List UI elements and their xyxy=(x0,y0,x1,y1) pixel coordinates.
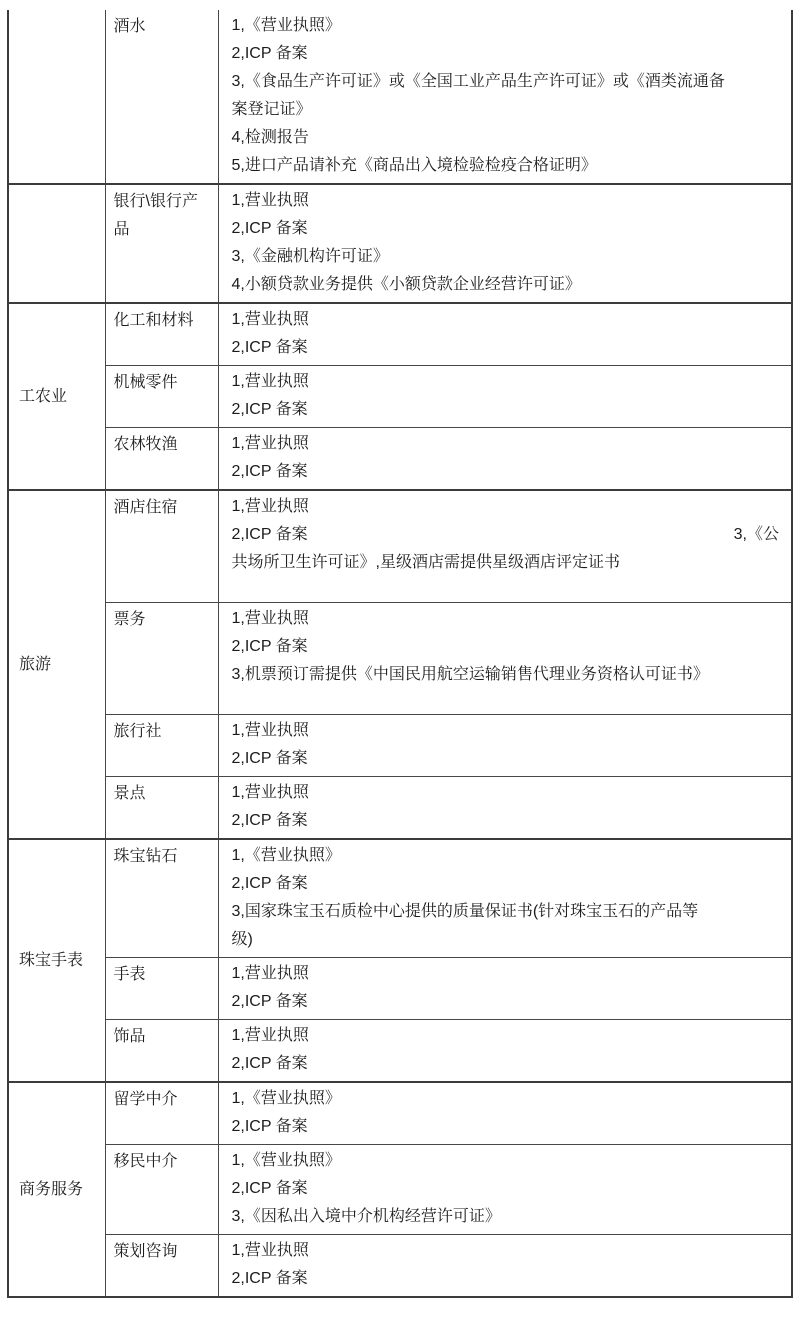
table-row: 旅游酒店住宿1,营业执照2,ICP 备案3,《公共场所卫生许可证》,星级酒店需提… xyxy=(8,490,792,603)
requirement-line: 级) xyxy=(232,926,780,954)
requirements-cell: 1,营业执照2,ICP 备案 xyxy=(218,366,792,428)
requirement-line: 3,机票预订需提供《中国民用航空运输销售代理业务资格认可证书》 xyxy=(232,661,780,689)
requirement-line: 1,营业执照 xyxy=(232,306,780,334)
requirement-line: 1,营业执照 xyxy=(232,430,780,458)
requirement-line: 3,《因私出入境中介机构经营许可证》 xyxy=(232,1203,780,1231)
table-row: 景点1,营业执照2,ICP 备案 xyxy=(8,777,792,840)
requirement-line: 3,国家珠宝玉石质检中心提供的质量保证书(针对珠宝玉石的产品等 xyxy=(232,898,780,926)
table-row: 移民中介1,《营业执照》2,ICP 备案3,《因私出入境中介机构经营许可证》 xyxy=(8,1145,792,1235)
requirements-cell: 1,营业执照2,ICP 备案 xyxy=(218,958,792,1020)
requirement-line: 4,小额贷款业务提供《小额贷款企业经营许可证》 xyxy=(232,271,780,299)
requirements-cell: 1,营业执照2,ICP 备案 xyxy=(218,1020,792,1083)
requirement-line: 1,营业执照 xyxy=(232,187,780,215)
requirements-cell: 1,营业执照2,ICP 备案 xyxy=(218,428,792,491)
category-cell xyxy=(8,184,105,303)
table-row: 商务服务留学中介1,《营业执照》2,ICP 备案 xyxy=(8,1082,792,1145)
table-row: 票务1,营业执照2,ICP 备案3,机票预订需提供《中国民用航空运输销售代理业务… xyxy=(8,603,792,715)
requirement-line: 2,ICP 备案 xyxy=(232,1113,780,1141)
subcategory-cell: 移民中介 xyxy=(105,1145,218,1235)
table-row: 机械零件1,营业执照2,ICP 备案 xyxy=(8,366,792,428)
category-cell xyxy=(8,10,105,184)
requirement-line: 1,营业执照 xyxy=(232,605,780,633)
requirement-line: 1,营业执照 xyxy=(232,960,780,988)
subcategory-cell: 银行\银行产品 xyxy=(105,184,218,303)
requirement-line: 2,ICP 备案 xyxy=(232,807,780,835)
category-cell: 珠宝手表 xyxy=(8,839,105,1082)
blank-line xyxy=(232,689,780,711)
requirements-cell: 1,《营业执照》2,ICP 备案3,国家珠宝玉石质检中心提供的质量保证书(针对珠… xyxy=(218,839,792,958)
requirement-line: 2,ICP 备案 xyxy=(232,334,780,362)
requirement-line: 1,《营业执照》 xyxy=(232,12,780,40)
requirement-line: 3,《食品生产许可证》或《全国工业产品生产许可证》或《酒类流通备 xyxy=(232,68,780,96)
requirement-line: 1,营业执照 xyxy=(232,1022,780,1050)
requirements-cell: 1,营业执照2,ICP 备案3,《公共场所卫生许可证》,星级酒店需提供星级酒店评… xyxy=(218,490,792,603)
requirement-line: 1,《营业执照》 xyxy=(232,1085,780,1113)
requirement-line: 1,营业执照 xyxy=(232,368,780,396)
requirement-line: 共场所卫生许可证》,星级酒店需提供星级酒店评定证书 xyxy=(232,549,780,577)
requirements-cell: 1,营业执照2,ICP 备案 xyxy=(218,1235,792,1298)
requirement-line: 2,ICP 备案 xyxy=(232,458,780,486)
requirement-line: 1,营业执照 xyxy=(232,779,780,807)
blank-line xyxy=(232,577,780,599)
qualification-requirements-table: 酒水1,《营业执照》2,ICP 备案3,《食品生产许可证》或《全国工业产品生产许… xyxy=(7,10,793,1298)
requirements-cell: 1,营业执照2,ICP 备案3,《金融机构许可证》4,小额贷款业务提供《小额贷款… xyxy=(218,184,792,303)
table-row: 手表1,营业执照2,ICP 备案 xyxy=(8,958,792,1020)
requirement-line: 2,ICP 备案 xyxy=(232,215,780,243)
table-row: 策划咨询1,营业执照2,ICP 备案 xyxy=(8,1235,792,1298)
requirement-line: 2,ICP 备案 xyxy=(232,396,780,424)
requirement-line: 5,进口产品请补充《商品出入境检验检疫合格证明》 xyxy=(232,152,780,180)
table-body: 酒水1,《营业执照》2,ICP 备案3,《食品生产许可证》或《全国工业产品生产许… xyxy=(8,10,792,1297)
requirement-line: 案登记证》 xyxy=(232,96,780,124)
subcategory-cell: 农林牧渔 xyxy=(105,428,218,491)
subcategory-cell: 化工和材料 xyxy=(105,303,218,366)
category-cell: 工农业 xyxy=(8,303,105,490)
subcategory-cell: 饰品 xyxy=(105,1020,218,1083)
requirement-text-left: 2,ICP 备案 xyxy=(232,521,308,549)
requirement-line: 2,ICP 备案 xyxy=(232,633,780,661)
requirement-line: 1,营业执照 xyxy=(232,717,780,745)
subcategory-cell: 酒水 xyxy=(105,10,218,184)
requirement-line: 1,营业执照 xyxy=(232,1237,780,1265)
requirement-line: 2,ICP 备案 xyxy=(232,1265,780,1293)
requirement-line-justified: 2,ICP 备案3,《公 xyxy=(232,521,780,549)
subcategory-cell: 旅行社 xyxy=(105,715,218,777)
requirements-cell: 1,营业执照2,ICP 备案3,机票预订需提供《中国民用航空运输销售代理业务资格… xyxy=(218,603,792,715)
requirements-cell: 1,营业执照2,ICP 备案 xyxy=(218,715,792,777)
table-row: 银行\银行产品1,营业执照2,ICP 备案3,《金融机构许可证》4,小额贷款业务… xyxy=(8,184,792,303)
requirement-line: 2,ICP 备案 xyxy=(232,1050,780,1078)
requirement-text-right: 3,《公 xyxy=(734,521,779,549)
requirement-line: 4,检测报告 xyxy=(232,124,780,152)
requirements-cell: 1,营业执照2,ICP 备案 xyxy=(218,777,792,840)
requirements-cell: 1,营业执照2,ICP 备案 xyxy=(218,303,792,366)
subcategory-cell: 票务 xyxy=(105,603,218,715)
requirements-cell: 1,《营业执照》2,ICP 备案3,《因私出入境中介机构经营许可证》 xyxy=(218,1145,792,1235)
table-row: 酒水1,《营业执照》2,ICP 备案3,《食品生产许可证》或《全国工业产品生产许… xyxy=(8,10,792,184)
table-row: 工农业化工和材料1,营业执照2,ICP 备案 xyxy=(8,303,792,366)
subcategory-cell: 机械零件 xyxy=(105,366,218,428)
table-row: 饰品1,营业执照2,ICP 备案 xyxy=(8,1020,792,1083)
subcategory-cell: 手表 xyxy=(105,958,218,1020)
subcategory-cell: 留学中介 xyxy=(105,1082,218,1145)
category-cell: 旅游 xyxy=(8,490,105,839)
category-cell: 商务服务 xyxy=(8,1082,105,1297)
requirement-line: 2,ICP 备案 xyxy=(232,870,780,898)
subcategory-cell: 珠宝钻石 xyxy=(105,839,218,958)
table-row: 珠宝手表珠宝钻石1,《营业执照》2,ICP 备案3,国家珠宝玉石质检中心提供的质… xyxy=(8,839,792,958)
requirement-line: 1,营业执照 xyxy=(232,493,780,521)
requirement-line: 2,ICP 备案 xyxy=(232,40,780,68)
subcategory-cell: 策划咨询 xyxy=(105,1235,218,1298)
requirement-line: 1,《营业执照》 xyxy=(232,1147,780,1175)
requirement-line: 3,《金融机构许可证》 xyxy=(232,243,780,271)
subcategory-cell: 酒店住宿 xyxy=(105,490,218,603)
requirements-cell: 1,《营业执照》2,ICP 备案3,《食品生产许可证》或《全国工业产品生产许可证… xyxy=(218,10,792,184)
requirement-line: 2,ICP 备案 xyxy=(232,988,780,1016)
requirement-line: 1,《营业执照》 xyxy=(232,842,780,870)
requirement-line: 2,ICP 备案 xyxy=(232,1175,780,1203)
requirement-line: 2,ICP 备案 xyxy=(232,745,780,773)
table-row: 农林牧渔1,营业执照2,ICP 备案 xyxy=(8,428,792,491)
document-page: 酒水1,《营业执照》2,ICP 备案3,《食品生产许可证》或《全国工业产品生产许… xyxy=(0,0,800,1323)
requirements-cell: 1,《营业执照》2,ICP 备案 xyxy=(218,1082,792,1145)
subcategory-cell: 景点 xyxy=(105,777,218,840)
table-row: 旅行社1,营业执照2,ICP 备案 xyxy=(8,715,792,777)
